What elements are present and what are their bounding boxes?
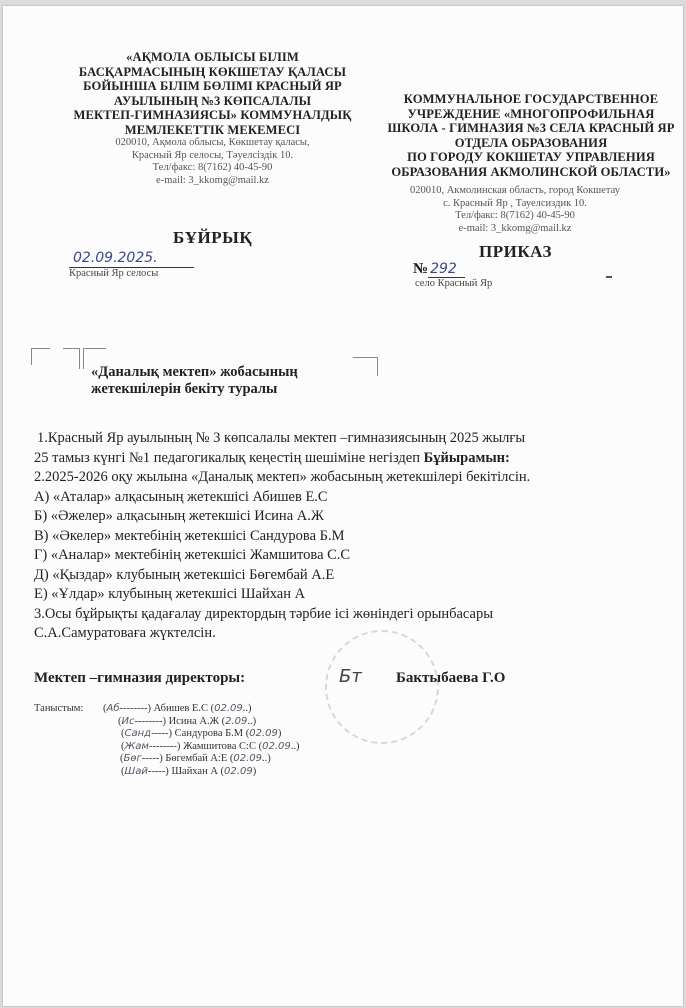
header-kz-title: «АҚМОЛА ОБЛЫСЫ БІЛІМ БАСҚАРМАСЫНЫҢ КӨКШЕ… bbox=[55, 50, 370, 137]
date-handwritten: 02.09.2025. bbox=[69, 250, 158, 266]
order-number: №292 bbox=[413, 260, 465, 278]
list-item: В) «Әкелер» мектебінің жетекшісі Сандуро… bbox=[34, 527, 530, 547]
list-item: Г) «Аналар» мектебінің жетекшісі Жамшито… bbox=[34, 546, 530, 566]
doc-type-ru: ПРИКАЗ bbox=[479, 242, 552, 262]
list-item: Е) «Ұлдар» клубының жетекшісі Шайхан А bbox=[34, 585, 530, 605]
ack-row: (Жам--------) Жамшитова С:С (02.09..) bbox=[121, 741, 299, 754]
header-ru-title: КОММУНАЛЬНОЕ ГОСУДАРСТВЕННОЕ УЧРЕЖДЕНИЕ … bbox=[381, 92, 681, 179]
ack-row: (Бөг-----) Бөгембай А:Е (02.09..) bbox=[120, 753, 299, 766]
scan-mark bbox=[606, 276, 612, 278]
corner-mark bbox=[31, 348, 50, 365]
doc-type-kz: БҰЙРЫҚ bbox=[173, 228, 252, 248]
document-page: «АҚМОЛА ОБЛЫСЫ БІЛІМ БАСҚАРМАСЫНЫҢ КӨКШЕ… bbox=[3, 6, 683, 1006]
header-kz-address: 020010, Ақмола облысы, Көкшетау қаласы, … bbox=[55, 137, 370, 187]
ack-list: (Аб--------) Абишев Е.С (02.09..) (Ис---… bbox=[103, 703, 299, 778]
ack-row: (Ис--------) Исина А.Ж (2.09..) bbox=[118, 716, 299, 729]
subject: «Даналық мектеп» жобасының жетекшілерін … bbox=[91, 364, 298, 398]
place-kz: Красный Яр селосы bbox=[69, 268, 158, 279]
director-label: Мектеп –гимназия директоры: bbox=[34, 670, 245, 687]
list-item: Д) «Қыздар» клубының жетекшісі Бөгембай … bbox=[34, 566, 530, 586]
date-line: 02.09.2025. bbox=[69, 249, 194, 268]
official-stamp bbox=[325, 630, 439, 744]
order-body: 1.Красный Яр ауылының № 3 көпсалалы мект… bbox=[34, 429, 530, 644]
number-handwritten: 292 bbox=[428, 261, 465, 278]
list-item: А) «Аталар» алқасының жетекшісі Абишев Е… bbox=[34, 488, 530, 508]
ack-row: (Аб--------) Абишев Е.С (02.09..) bbox=[103, 703, 299, 716]
list-item: Б) «Әжелер» алқасының жетекшісі Исина А.… bbox=[34, 507, 530, 527]
director-name: Бактыбаева Г.О bbox=[396, 670, 505, 687]
place-ru: село Красный Яр bbox=[415, 278, 492, 289]
header-ru-address: 020010, Акмолинская область, город Кокше… bbox=[395, 185, 635, 235]
header-kz: «АҚМОЛА ОБЛЫСЫ БІЛІМ БАСҚАРМАСЫНЫҢ КӨКШЕ… bbox=[55, 50, 370, 187]
ack-label: Таныстым: bbox=[34, 703, 83, 716]
ack-row: (Санд-----) Сандурова Б.М (02.09) bbox=[121, 728, 299, 741]
p1-line2: 25 тамыз күнгі №1 педагогикалық кеңестің… bbox=[34, 449, 530, 469]
ack-row: (Шай-----) Шайхан А (02.09) bbox=[121, 766, 299, 779]
header-ru: КОММУНАЛЬНОЕ ГОСУДАРСТВЕННОЕ УЧРЕЖДЕНИЕ … bbox=[381, 92, 681, 179]
corner-mark bbox=[353, 357, 378, 376]
corner-mark bbox=[63, 348, 80, 369]
director-signature: Бт bbox=[339, 666, 362, 687]
